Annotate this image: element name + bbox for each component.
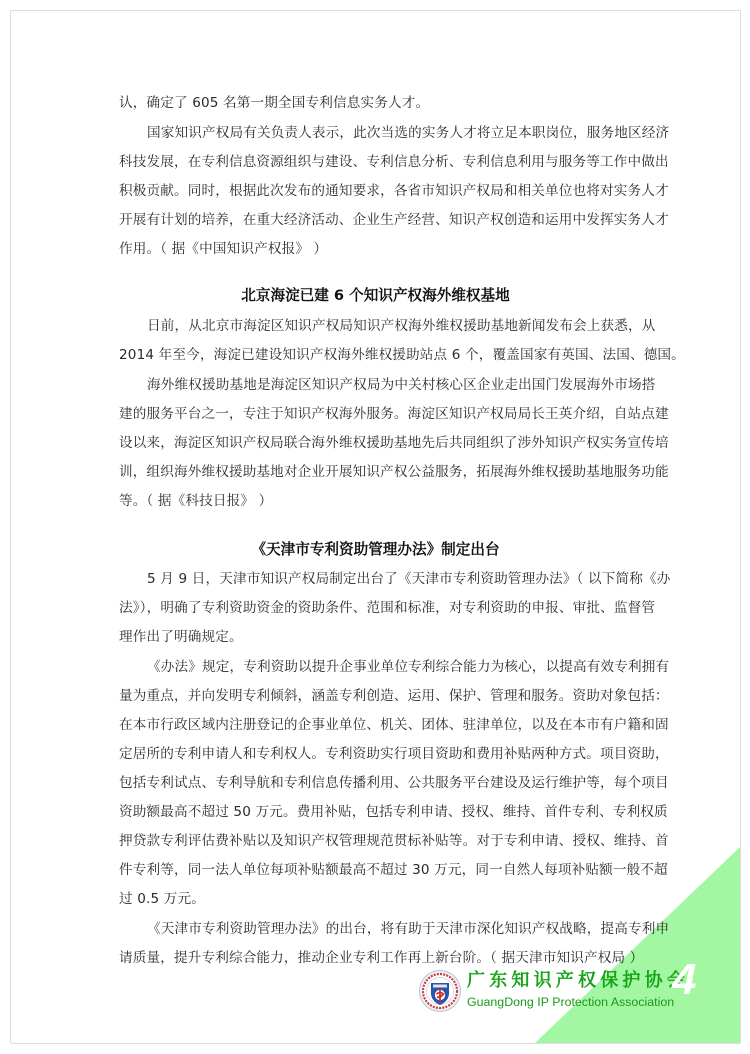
body-line: 资助额最高不超过 50 万元。费用补贴，包括专利申请、授权、维持、首件专利、专利… — [119, 803, 632, 821]
association-name-en: GuangDong IP Protection Association — [467, 994, 674, 1010]
body-line: 开展有计划的培养，在重大经济活动、企业生产经营、知识产权创造和运用中发挥实务人才 — [119, 211, 632, 229]
body-line: 设以来，海淀区知识产权局联合海外维权援助基地先后共同组织了涉外知识产权实务宣传培 — [119, 434, 632, 452]
article-heading: 《天津市专利资助管理办法》制定出台 — [119, 540, 632, 560]
body-line: 5 月 9 日，天津市知识产权局制定出台了《天津市专利资助管理办法》（ 以下简称… — [147, 570, 632, 588]
body-line: 科技发展，在专利信息资源组织与建设、专利信息分析、专利信息利用与服务等工作中做出 — [119, 153, 632, 171]
body-line: 等。（ 据《科技日报》 ） — [119, 492, 632, 510]
body-line: 理作出了明确规定。 — [119, 628, 632, 646]
article-heading: 北京海淀已建 6 个知识产权海外维权基地 — [119, 286, 632, 306]
body-line: 包括专利试点、专利导航和专利信息传播利用、公共服务平台建设及运行维护等，每个项目 — [119, 774, 632, 792]
body-line: 法》），明确了专利资助资金的资助条件、范围和标准，对专利资助的申报、审批、监督管 — [119, 599, 632, 617]
body-line: 过 0.5 万元。 — [119, 890, 632, 908]
body-line: 国家知识产权局有关负责人表示，此次当选的实务人才将立足本职岗位，服务地区经济 — [147, 124, 632, 142]
body-line: 件专利等，同一法人单位每项补贴额最高不超过 30 万元，同一自然人每项补贴额一般… — [119, 861, 632, 879]
body-line: 请质量，提升专利综合能力，推动企业专利工作再上新台阶。（ 据天津市知识产权局 ） — [119, 949, 632, 967]
body-line: 2014 年至今，海淀已建设知识产权海外维权援助站点 6 个，覆盖国家有英国、法… — [119, 346, 632, 364]
body-line: 《天津市专利资助管理办法》的出台，将有助于天津市深化知识产权战略，提高专利申 — [147, 920, 632, 938]
document-body: 认，确定了 605 名第一期全国专利信息实务人才。 国家知识产权局有关负责人表示… — [0, 0, 750, 1054]
body-line: 《办法》规定，专利资助以提升企事业单位专利综合能力为核心，以提高有效专利拥有 — [147, 658, 632, 676]
association-name-cn: 广东知识产权保护协会 — [467, 970, 689, 992]
body-line: 训，组织海外维权援助基地对企业开展知识产权公益服务，拓展海外维权援助基地服务功能 — [119, 463, 632, 481]
body-line: 认，确定了 605 名第一期全国专利信息实务人才。 — [119, 94, 632, 112]
body-line: 建的服务平台之一，专注于知识产权海外服务。海淀区知识产权局局长王英介绍，自站点建 — [119, 405, 632, 423]
body-line: 在本市行政区域内注册登记的企事业单位、机关、团体、驻津单位，以及在本市有户籍和固 — [119, 716, 632, 734]
body-line: 日前，从北京市海淀区知识产权局知识产权海外维权援助基地新闻发布会上获悉，从 — [147, 317, 632, 335]
body-line: 海外维权援助基地是海淀区知识产权局为中关村核心区企业走出国门发展海外市场搭 — [147, 376, 632, 394]
body-line: 量为重点，并向发明专利倾斜，涵盖专利创造、运用、保护、管理和服务。资助对象包括： — [119, 687, 632, 705]
page-number: 4 — [672, 955, 696, 1005]
body-line: 押贷款专利评估费补贴以及知识产权管理规范贯标补贴等。对于专利申请、授权、维持、首 — [119, 832, 632, 850]
association-emblem-icon — [419, 970, 461, 1012]
body-line: 作用。（ 据《中国知识产权报》 ） — [119, 240, 632, 258]
body-line: 定居所的专利申请人和专利权人。专利资助实行项目资助和费用补贴两种方式。项目资助， — [119, 745, 632, 763]
body-line: 积极贡献。同时，根据此次发布的通知要求，各省市知识产权局和相关单位也将对实务人才 — [119, 182, 632, 200]
